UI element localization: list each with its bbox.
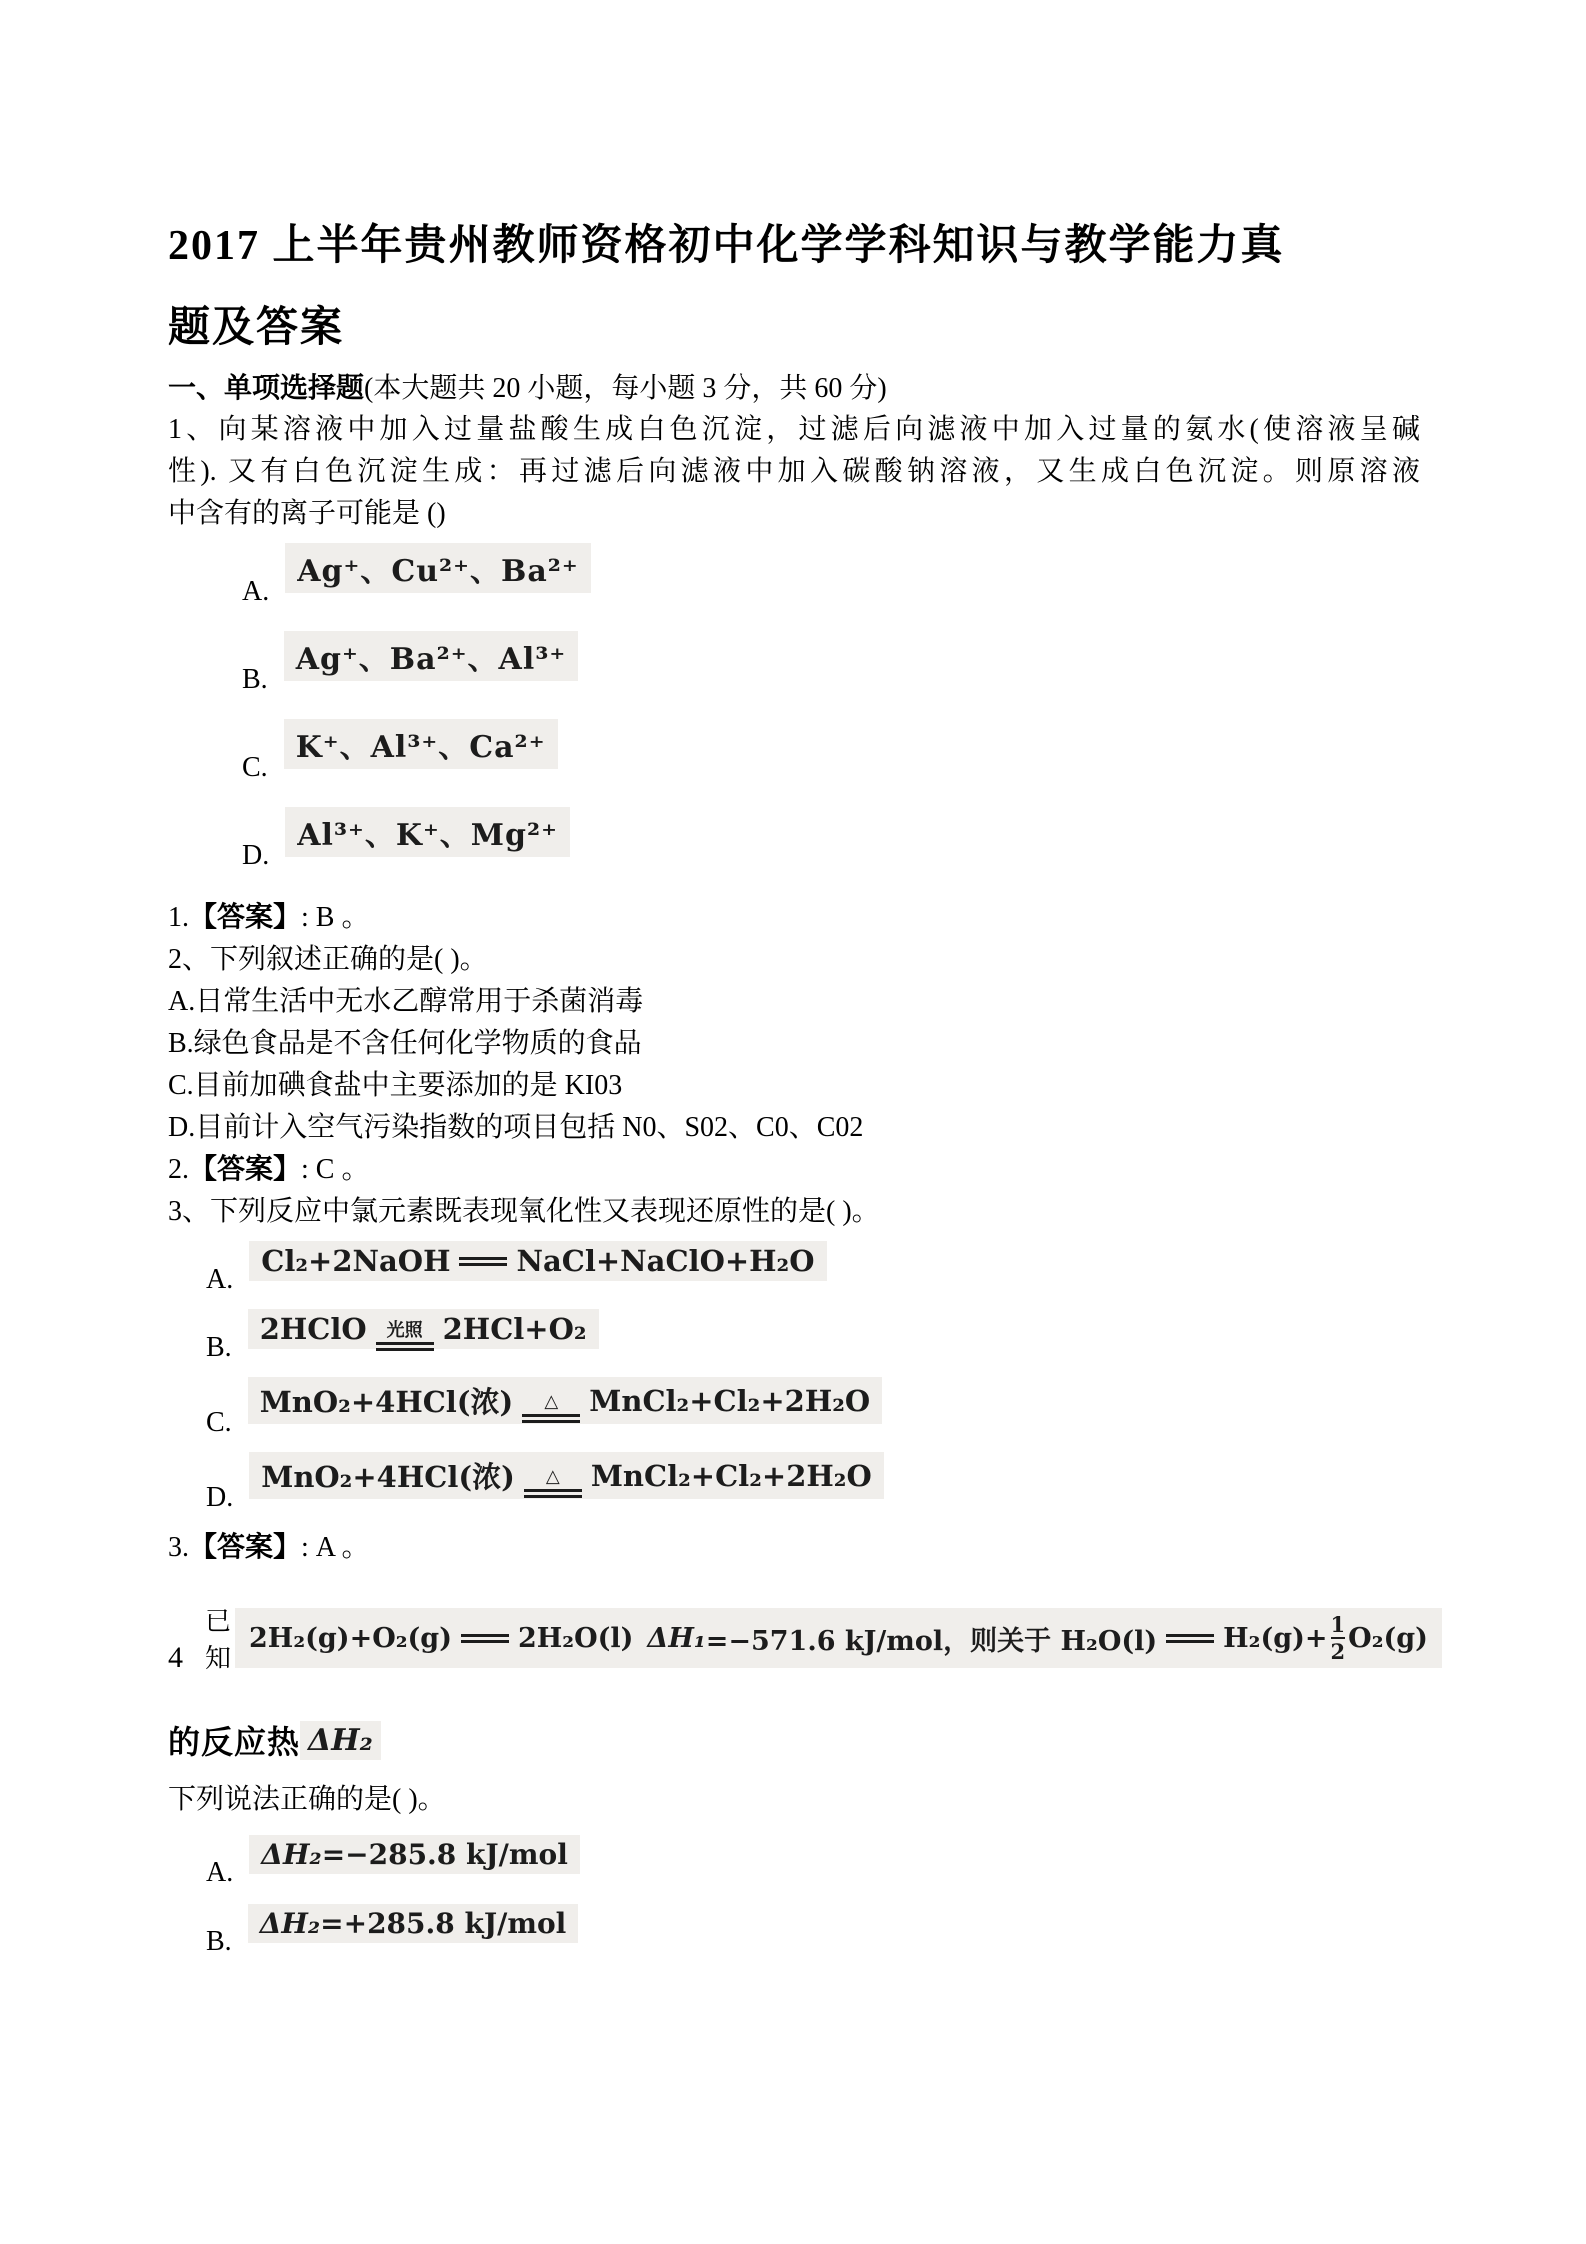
q4-heat-line: 的反应热 ΔH₂ — [168, 1717, 1420, 1763]
equation-part: =−571.6 kJ/mol，则关于 H₂O(l) — [706, 1619, 1157, 1658]
q4-stem-row: 4 已知 2H₂(g)+O₂(g)2H₂O(l)ΔH₁=−571.6 kJ/mo… — [168, 1601, 1420, 1675]
option-label: D. — [206, 1483, 233, 1513]
q1-option-c-row: C. K⁺、Al³⁺、Ca²⁺ — [242, 719, 1420, 769]
delta-h1-symbol: ΔH₁ — [647, 1623, 705, 1654]
q1-option-d-row: D. Al³⁺、K⁺、Mg²⁺ — [242, 807, 1420, 857]
title-line-1: 2017 上半年贵州教师资格初中化学学科知识与教学能力真 — [168, 205, 1420, 287]
q3-answer: 3.【答案】: A 。 — [168, 1527, 1420, 1569]
answer-key-label: 【答案】 — [189, 1532, 301, 1563]
equals-with-condition: △ — [524, 1467, 582, 1498]
q4-options: A. ΔH₂=−285.8 kJ/mol B. ΔH₂=+285.8 kJ/mo… — [206, 1835, 1420, 1943]
equation-left: MnO₂+4HCl(浓) — [261, 1455, 515, 1496]
q4-option-b-formula: ΔH₂=+285.8 kJ/mol — [248, 1904, 579, 1943]
answer-key-label: 【答案】 — [189, 1154, 301, 1185]
q3-option-d-equation: MnO₂+4HCl(浓)△MnCl₂+Cl₂+2H₂O — [249, 1452, 884, 1499]
q4-heat-text: 的反应热 — [168, 1717, 300, 1763]
q1-option-c-formula: K⁺、Al³⁺、Ca²⁺ — [284, 719, 558, 769]
q2-stem: 2、下列叙述正确的是( )。 — [168, 939, 1420, 981]
q1-answer: 1.【答案】: B 。 — [168, 897, 1420, 939]
answer-number: 3. — [168, 1532, 189, 1563]
reaction-condition-delta-icon: △ — [546, 1467, 560, 1487]
double-bond-equals-icon — [459, 1257, 507, 1266]
double-bond-equals-icon — [376, 1342, 434, 1351]
equation-part: 2H₂(g)+O₂(g) — [249, 1623, 452, 1654]
q1-stem: 1、向某溶液中加入过量盐酸生成白色沉淀，过滤后向滤液中加入过量的氨水(使溶液呈碱… — [168, 409, 1420, 535]
equation-part: O₂(g) — [1348, 1623, 1428, 1654]
equation-right: MnCl₂+Cl₂+2H₂O — [589, 1384, 870, 1418]
section-heading-rest: (本大题共 20 小题，每小题 3 分，共 60 分) — [364, 373, 887, 404]
q1-option-b-formula: Ag⁺、Ba²⁺、Al³⁺ — [284, 631, 579, 681]
q2-answer: 2.【答案】: C 。 — [168, 1149, 1420, 1191]
equation-left: MnO₂+4HCl(浓) — [260, 1380, 514, 1421]
double-bond-equals-icon — [461, 1634, 509, 1643]
option-label: B. — [206, 1927, 232, 1957]
q3-option-b-row: B. 2HClO光照2HCl+O₂ — [206, 1309, 1420, 1349]
title-line-2: 题及答案 — [168, 287, 1420, 369]
formula-value: =+285.8 kJ/mol — [320, 1907, 566, 1940]
q3-option-c-equation: MnO₂+4HCl(浓)△MnCl₂+Cl₂+2H₂O — [248, 1377, 883, 1424]
section-heading-bold: 一、单项选择题 — [168, 373, 364, 404]
q1-option-a-row: A. Ag⁺、Cu²⁺、Ba²⁺ — [242, 543, 1420, 593]
q2-option-a: A.日常生活中无水乙醇常用于杀菌消毒 — [168, 981, 1420, 1023]
q4-option-b-row: B. ΔH₂=+285.8 kJ/mol — [206, 1904, 1420, 1943]
equals-with-condition: 光照 — [376, 1321, 434, 1352]
q1-stem-line-1: 1、向某溶液中加入过量盐酸生成白色沉淀，过滤后向滤液中加入过量的氨水(使溶液呈碱 — [168, 409, 1420, 451]
equation-part: H₂(g)+ — [1223, 1623, 1327, 1654]
delta-h2-symbol: ΔH₂ — [261, 1838, 321, 1871]
equation-left: 2HClO — [260, 1312, 367, 1346]
option-label: A. — [206, 1858, 233, 1888]
q3-option-a-equation: Cl₂+2NaOHNaCl+NaClO+H₂O — [249, 1241, 826, 1281]
q4-stem2: 下列说法正确的是( )。 — [168, 1779, 1420, 1821]
double-bond-equals-icon — [524, 1489, 582, 1498]
q2-option-c: C.目前加碘食盐中主要添加的是 KI03 — [168, 1065, 1420, 1107]
double-bond-equals-icon — [522, 1414, 580, 1423]
equation-left: Cl₂+2NaOH — [261, 1244, 450, 1278]
double-bond-equals-icon — [1166, 1634, 1214, 1643]
option-label: A. — [206, 1265, 233, 1295]
answer-number: 2. — [168, 1154, 189, 1185]
reaction-condition: 光照 — [387, 1321, 423, 1341]
option-label: B. — [206, 1333, 232, 1363]
section-heading: 一、单项选择题(本大题共 20 小题，每小题 3 分，共 60 分) — [168, 369, 1420, 409]
formula-value: =−285.8 kJ/mol — [322, 1838, 568, 1871]
option-label: C. — [206, 1408, 232, 1438]
option-label: C. — [242, 753, 268, 783]
delta-h2-symbol: ΔH₂ — [308, 1723, 373, 1758]
q4-known-label: 已知 — [205, 1601, 231, 1675]
q1-options: A. Ag⁺、Cu²⁺、Ba²⁺ B. Ag⁺、Ba²⁺、Al³⁺ C. K⁺、… — [242, 543, 1420, 857]
answer-number: 1. — [168, 902, 189, 933]
equation-part: 2H₂O(l) — [518, 1623, 633, 1654]
q3-options: A. Cl₂+2NaOHNaCl+NaClO+H₂O B. 2HClO光照2HC… — [206, 1241, 1420, 1499]
option-label: A. — [242, 577, 269, 607]
q2-option-d: D.目前计入空气污染指数的项目包括 N0、S02、C0、C02 — [168, 1107, 1420, 1149]
equation-right: NaCl+NaClO+H₂O — [516, 1244, 814, 1278]
one-half-fraction: 12 — [1331, 1614, 1346, 1662]
answer-value: : A 。 — [301, 1532, 369, 1563]
q3-option-a-row: A. Cl₂+2NaOHNaCl+NaClO+H₂O — [206, 1241, 1420, 1281]
q4-option-a-row: A. ΔH₂=−285.8 kJ/mol — [206, 1835, 1420, 1874]
document-page: 2017 上半年贵州教师资格初中化学学科知识与教学能力真 题及答案 一、单项选择… — [0, 0, 1586, 1943]
reaction-condition-delta-icon: △ — [544, 1392, 558, 1412]
equation-right: 2HCl+O₂ — [443, 1312, 587, 1346]
q1-stem-line-3: 中含有的离子可能是 () — [168, 493, 1420, 535]
equals-with-condition: △ — [522, 1392, 580, 1423]
delta-h2-symbol: ΔH₂ — [260, 1907, 320, 1940]
answer-value: : C 。 — [301, 1154, 369, 1185]
q1-stem-line-2: 性). 又有白色沉淀生成：再过滤后向滤液中加入碳酸钠溶液，又生成白色沉淀。则原溶… — [168, 451, 1420, 493]
q1-option-b-row: B. Ag⁺、Ba²⁺、Al³⁺ — [242, 631, 1420, 681]
equation-right: MnCl₂+Cl₂+2H₂O — [591, 1459, 872, 1493]
q4-option-a-formula: ΔH₂=−285.8 kJ/mol — [249, 1835, 580, 1874]
q3-option-c-row: C. MnO₂+4HCl(浓)△MnCl₂+Cl₂+2H₂O — [206, 1377, 1420, 1424]
q2-option-b: B.绿色食品是不含任何化学物质的食品 — [168, 1023, 1420, 1065]
q1-option-d-formula: Al³⁺、K⁺、Mg²⁺ — [285, 807, 570, 857]
q1-option-a-formula: Ag⁺、Cu²⁺、Ba²⁺ — [285, 543, 591, 593]
answer-value: : B 。 — [301, 902, 369, 933]
q3-option-d-row: D. MnO₂+4HCl(浓)△MnCl₂+Cl₂+2H₂O — [206, 1452, 1420, 1499]
q4-thermochemical-equation: 2H₂(g)+O₂(g)2H₂O(l)ΔH₁=−571.6 kJ/mol，则关于… — [235, 1608, 1442, 1668]
q4-number: 4 — [168, 1641, 183, 1675]
answer-key-label: 【答案】 — [189, 902, 301, 933]
q4-delta-h2-box: ΔH₂ — [300, 1721, 381, 1760]
document-title: 2017 上半年贵州教师资格初中化学学科知识与教学能力真 题及答案 — [168, 205, 1420, 369]
option-label: B. — [242, 665, 268, 695]
q3-option-b-equation: 2HClO光照2HCl+O₂ — [248, 1309, 599, 1349]
q3-stem: 3、下列反应中氯元素既表现氧化性又表现还原性的是( )。 — [168, 1191, 1420, 1233]
option-label: D. — [242, 841, 269, 871]
